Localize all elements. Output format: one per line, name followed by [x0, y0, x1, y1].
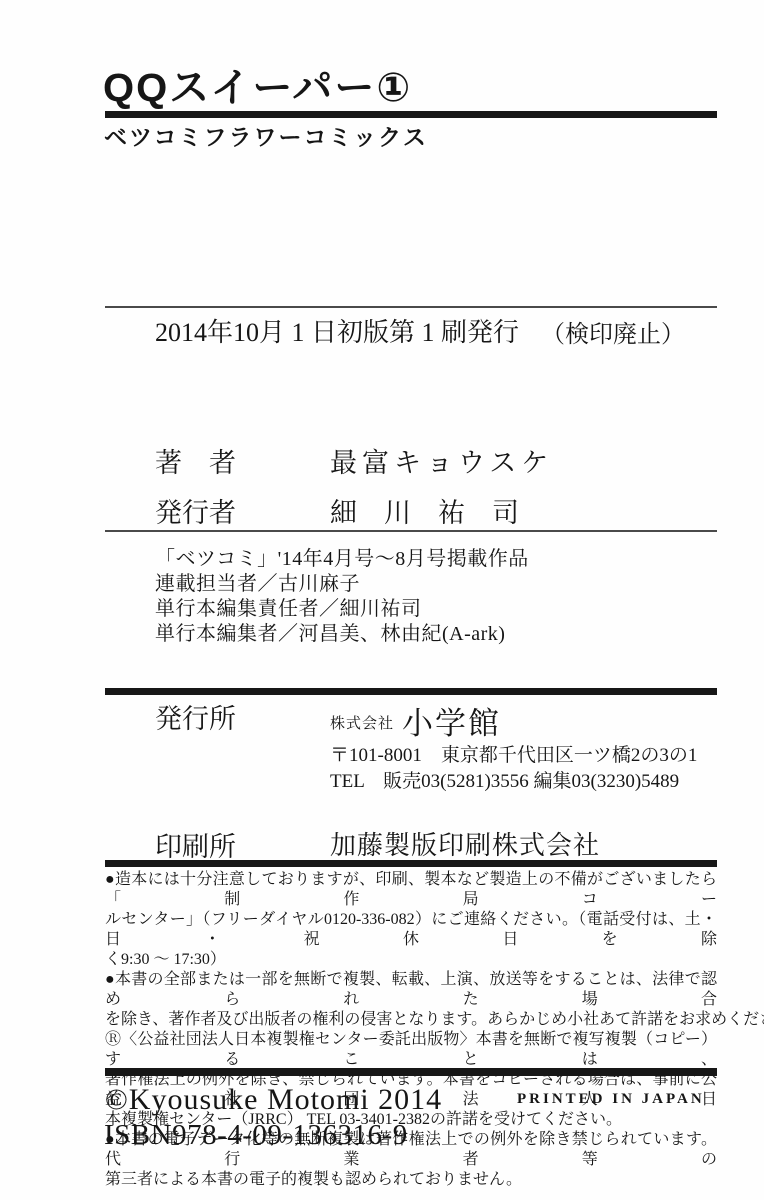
series-label: ベツコミフラワーコミックス: [104, 119, 428, 152]
legal-rule-top: [105, 860, 717, 867]
legal-line: を除き、著作者及び出版者の権利の侵害となります。あらかじめ小社あて許諾をお求めく…: [105, 1010, 717, 1030]
editorial-volume-editors-line: 単行本編集者／河昌美、林由紀(A-ark): [155, 622, 529, 647]
editorial-chief-editor-line: 単行本編集責任者／細川祐司: [155, 597, 529, 622]
company-name: 小学館: [402, 706, 501, 741]
inspection-stamp-note: （検印廃止）: [541, 314, 685, 349]
title-rule: [105, 111, 717, 118]
company-prefix: 株式会社: [330, 716, 394, 732]
page-title: QQスイーパー①: [103, 56, 412, 113]
printer-name: 加藤製版印刷株式会社: [330, 825, 600, 862]
author-label: 著 者: [155, 441, 236, 480]
editorial-note: 「ベツコミ」'14年4月号〜8月号掲載作品 連載担当者／古川麻子 単行本編集責任…: [155, 547, 529, 647]
legal-line: ルセンター」（フリーダイヤル0120-336-082）にご連絡ください。（電話受…: [105, 910, 717, 950]
publishing-company: 株式会社小学館: [330, 698, 501, 743]
legal-line: く9:30 〜 17:30）: [105, 950, 717, 970]
printed-in-japan-label: PRINTED IN JAPAN: [517, 1091, 705, 1108]
printer-label: 印刷所: [155, 825, 236, 864]
publishing-office-label: 発行所: [155, 697, 236, 736]
legal-line: Ⓡ〈公益社団法人日本複製権センター委託出版物〉本書を無断で複写複製（コピー）する…: [105, 1030, 717, 1070]
edition-rule: [105, 306, 717, 308]
author-name: 最富キョウスケ: [330, 441, 553, 480]
copyright-notice: ©Kyousuke Motomi 2014: [105, 1083, 442, 1117]
legal-line: ●本書の全部または一部を無断で複製、転載、上演、放送等をすることは、法律で認めら…: [105, 970, 717, 1010]
legal-line: ●造本には十分注意しておりますが、印刷、製本など製造上の不備がございましたら「制…: [105, 870, 717, 910]
legal-rule-bottom: [105, 1068, 717, 1076]
publisher-label: 発行者: [155, 491, 236, 530]
publisher-name: 細 川 祐 司: [330, 491, 519, 530]
publisher-address: 〒101-8001 東京都千代田区一ツ橋2の3の1: [330, 740, 697, 767]
publisher-phone: TEL 販売03(5281)3556 編集03(3230)5489: [330, 766, 679, 793]
legal-line: 第三者による本書の電子的複製も認められておりません。: [105, 1170, 717, 1190]
edition-date: 2014年10月 1 日初版第 1 刷発行: [155, 312, 519, 349]
editorial-serial-editor-line: 連載担当者／古川麻子: [155, 572, 529, 597]
editorial-serialization-line: 「ベツコミ」'14年4月号〜8月号掲載作品: [155, 547, 529, 572]
colophon-page: QQスイーパー① ベツコミフラワーコミックス 2014年10月 1 日初版第 1…: [0, 0, 764, 1200]
publisher-section-rule: [105, 688, 717, 695]
isbn-number: ISBN978-4-09-136316-9: [104, 1119, 408, 1152]
credits-divider-rule: [105, 530, 717, 532]
